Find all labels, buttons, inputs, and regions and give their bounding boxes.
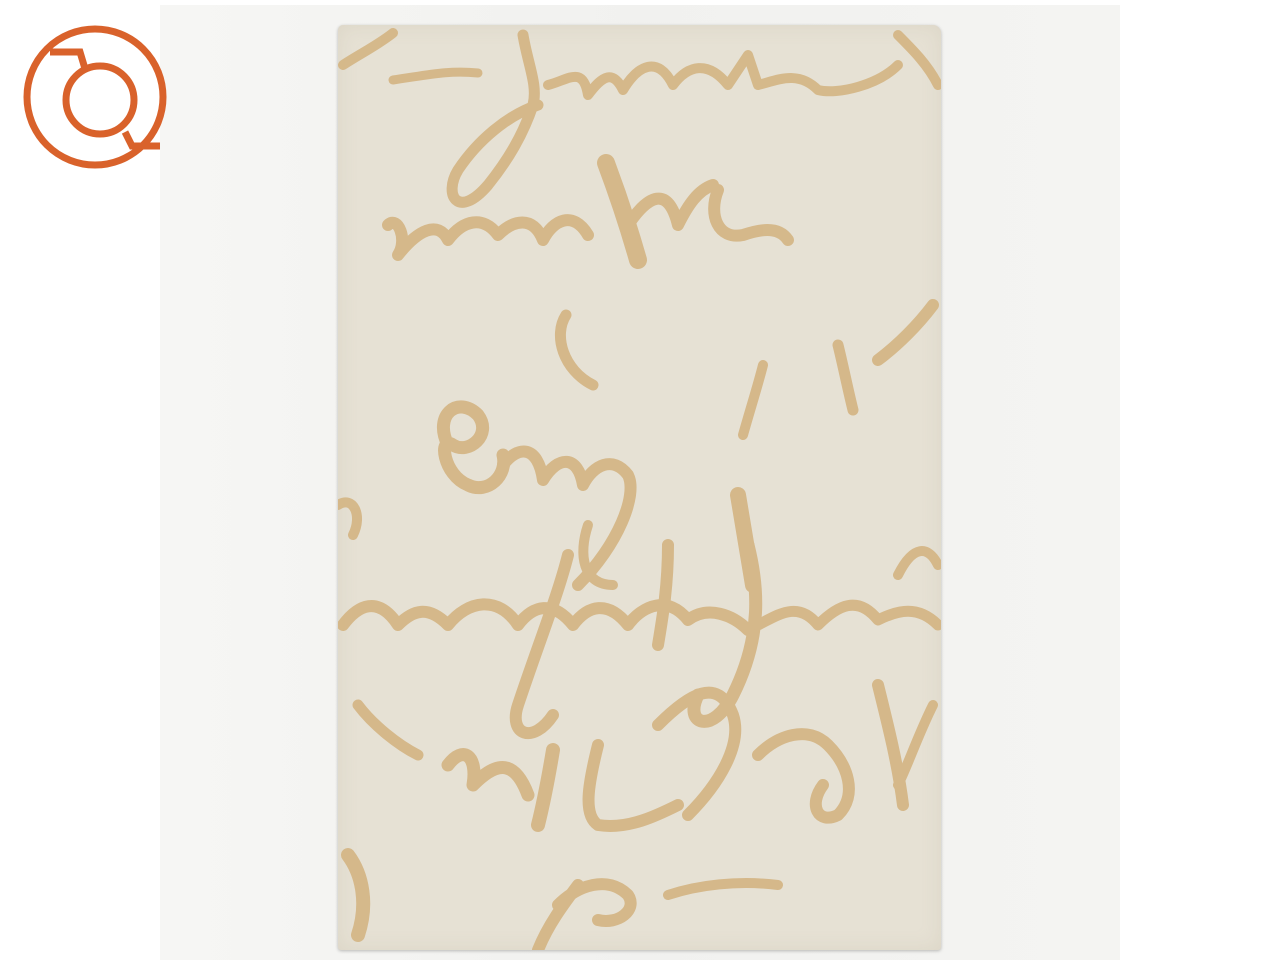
product-box: [338, 25, 941, 950]
handwriting-pattern: [338, 25, 941, 950]
circular-a-logo-icon: [20, 22, 170, 172]
